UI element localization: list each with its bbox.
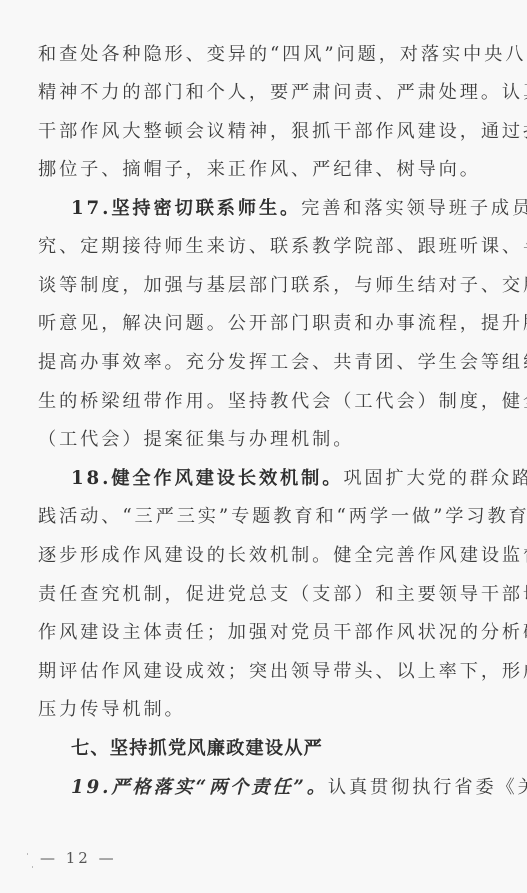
item-18-title: 18.健全作风建设长效机制。 [71,468,343,489]
page-number: — 12 — [40,849,117,867]
paragraph-line: 和查处各种隐形、变异的“四风”问题，对落实中央八项规定 [38,43,466,67]
paragraph-line: 生的桥梁纽带作用。坚持教代会（工代会）制度，健全教代会 [38,390,466,414]
paragraph-line: 作风建设主体责任；加强对党员干部作风状况的分析研判，定 [38,621,466,645]
item-19-title: 19.严格落实“两个责任”。 [71,777,328,798]
paragraph-line: 践活动、“三严三实”专题教育和“两学一做”学习教育成果， [38,505,466,529]
paragraph-line: 精神不力的部门和个人，要严肃问责、严肃处理。认真落实市 [38,81,466,105]
paragraph-line: 干部作风大整顿会议精神，狠抓干部作风建设，通过打板子、 [38,120,466,144]
paragraph-line: 压力传导机制。 [38,698,466,722]
scan-speck [32,866,33,868]
item-17-first-line: 17.坚持密切联系师生。完善和落实领导班子成员调查研 [71,197,466,221]
paragraph-line: 听意见，解决问题。公开部门职责和办事流程，提升服务质量， [38,312,466,336]
paragraph-line: 责任查究机制，促进党总支（支部）和主要领导干部切实履行 [38,583,466,607]
item-17-title: 17.坚持密切联系师生。 [71,198,301,219]
item-19-first-line: 19.严格落实“两个责任”。认真贯彻执行省委《关于落实 [71,776,466,800]
paragraph-line: 谈等制度，加强与基层部门联系，与师生结对子、交朋友，倾 [38,274,466,298]
item-19-text: 认真贯彻执行省委《关于落实 [328,777,527,798]
document-page: 和查处各种隐形、变异的“四风”问题，对落实中央八项规定 精神不力的部门和个人，要… [0,0,527,893]
paragraph-line: 究、定期接待师生来访、联系教学院部、跟班听课、与师生座 [38,235,466,259]
item-18-first-line: 18.健全作风建设长效机制。巩固扩大党的群众路线教育实 [71,467,466,491]
item-17-text: 完善和落实领导班子成员调查研 [301,198,527,219]
section-heading: 七、坚持抓党风廉政建设从严 [71,737,466,761]
scan-speck [27,853,28,855]
paragraph-line: 提高办事效率。充分发挥工会、共青团、学生会等组织联系师 [38,351,466,375]
paragraph-line: （工代会）提案征集与办理机制。 [38,428,466,452]
paragraph-line: 挪位子、摘帽子，来正作风、严纪律、树导向。 [38,158,466,182]
paragraph-line: 逐步形成作风建设的长效机制。健全完善作风建设监督检查和 [38,544,466,568]
item-18-text: 巩固扩大党的群众路线教育实 [343,468,527,489]
paragraph-line: 期评估作风建设成效；突出领导带头、以上率下，形成有效的 [38,660,466,684]
